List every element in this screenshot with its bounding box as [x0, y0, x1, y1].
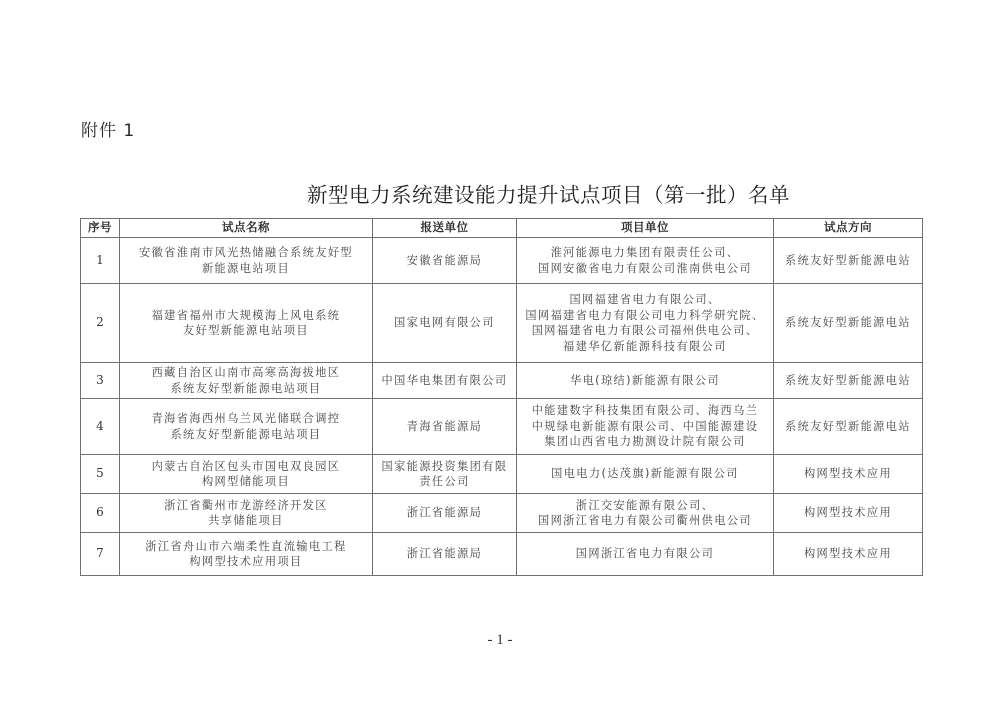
text-line: 淮河能源电力集团有限责任公司、 [519, 245, 771, 261]
cell-seq: 5 [81, 455, 120, 494]
table-row: 2 福建省福州市大规模海上风电系统 友好型新能源电站项目 国家电网有限公司 国网… [81, 284, 923, 363]
cell-seq: 7 [81, 533, 120, 576]
cell-direction: 构网型技术应用 [774, 533, 923, 576]
cell-pilot-name: 安徽省淮南市风光热储融合系统友好型 新能源电站项目 [120, 238, 373, 284]
text-line: 安徽省能源局 [375, 253, 514, 269]
cell-project-unit: 国网浙江省电力有限公司 [517, 533, 774, 576]
text-line: 浙江省能源局 [375, 546, 514, 562]
cell-project-unit: 国网福建省电力有限公司、 国网福建省电力有限公司电力科学研究院、 国网福建省电力… [517, 284, 774, 363]
text-line: 中国华电集团有限公司 [375, 373, 514, 389]
text-line: 系统友好型新能源电站项目 [122, 381, 370, 397]
cell-project-unit: 国电电力(达茂旗)新能源有限公司 [517, 455, 774, 494]
header-direction: 试点方向 [774, 219, 923, 238]
cell-seq: 1 [81, 238, 120, 284]
text-line: 浙江省衢州市龙游经济开发区 [122, 498, 370, 514]
text-line: 国家电网有限公司 [375, 315, 514, 331]
cell-direction: 系统友好型新能源电站 [774, 363, 923, 399]
text-line: 国网安徽省电力有限公司淮南供电公司 [519, 261, 771, 277]
cell-direction: 系统友好型新能源电站 [774, 399, 923, 455]
cell-pilot-name: 福建省福州市大规模海上风电系统 友好型新能源电站项目 [120, 284, 373, 363]
page-number: - 1 - [0, 632, 1000, 649]
text-line: 青海省能源局 [375, 419, 514, 435]
text-line: 系统友好型新能源电站项目 [122, 427, 370, 443]
text-line: 青海省海西州乌兰风光储联合调控 [122, 411, 370, 427]
text-line: 构网型储能项目 [122, 474, 370, 490]
text-line: 构网型技术应用项目 [122, 554, 370, 570]
text-line: 友好型新能源电站项目 [122, 323, 370, 339]
cell-pilot-name: 内蒙古自治区包头市国电双良园区 构网型储能项目 [120, 455, 373, 494]
pilot-project-table: 序号 试点名称 报送单位 项目单位 试点方向 1 安徽省淮南市风光热储融合系统友… [80, 218, 923, 576]
text-line: 安徽省淮南市风光热储融合系统友好型 [122, 245, 370, 261]
cell-project-unit: 中能建数字科技集团有限公司、海西乌兰 中规绿电新能源有限公司、中国能源建设 集团… [517, 399, 774, 455]
text-line: 责任公司 [375, 474, 514, 490]
cell-project-unit: 淮河能源电力集团有限责任公司、 国网安徽省电力有限公司淮南供电公司 [517, 238, 774, 284]
text-line: 国网福建省电力有限公司电力科学研究院、 [519, 308, 771, 324]
text-line: 国网浙江省电力有限公司 [519, 546, 771, 562]
text-line: 浙江交安能源有限公司、 [519, 498, 771, 514]
cell-submitter: 安徽省能源局 [373, 238, 517, 284]
cell-direction: 系统友好型新能源电站 [774, 284, 923, 363]
text-line: 浙江省能源局 [375, 505, 514, 521]
text-line: 福建省福州市大规模海上风电系统 [122, 308, 370, 324]
text-line: 新能源电站项目 [122, 261, 370, 277]
cell-pilot-name: 西藏自治区山南市高寒高海拔地区 系统友好型新能源电站项目 [120, 363, 373, 399]
header-seq: 序号 [81, 219, 120, 238]
text-line: 中规绿电新能源有限公司、中国能源建设 [519, 419, 771, 435]
document-title: 新型电力系统建设能力提升试点项目（第一批）名单 [80, 178, 922, 208]
text-line: 国家能源投资集团有限 [375, 459, 514, 475]
text-line: 内蒙古自治区包头市国电双良园区 [122, 459, 370, 475]
cell-seq: 6 [81, 494, 120, 533]
text-line: 国电电力(达茂旗)新能源有限公司 [519, 466, 771, 482]
cell-pilot-name: 青海省海西州乌兰风光储联合调控 系统友好型新能源电站项目 [120, 399, 373, 455]
header-submitter: 报送单位 [373, 219, 517, 238]
text-line: 国网浙江省电力有限公司衢州供电公司 [519, 513, 771, 529]
text-line: 共享储能项目 [122, 513, 370, 529]
cell-direction: 构网型技术应用 [774, 494, 923, 533]
cell-pilot-name: 浙江省舟山市六端柔性直流输电工程 构网型技术应用项目 [120, 533, 373, 576]
cell-submitter: 国家电网有限公司 [373, 284, 517, 363]
table-row: 1 安徽省淮南市风光热储融合系统友好型 新能源电站项目 安徽省能源局 淮河能源电… [81, 238, 923, 284]
cell-pilot-name: 浙江省衢州市龙游经济开发区 共享储能项目 [120, 494, 373, 533]
table-header-row: 序号 试点名称 报送单位 项目单位 试点方向 [81, 219, 923, 238]
cell-seq: 3 [81, 363, 120, 399]
text-line: 国网福建省电力有限公司、 [519, 292, 771, 308]
attachment-label: 附件 1 [81, 116, 135, 141]
cell-submitter: 国家能源投资集团有限 责任公司 [373, 455, 517, 494]
cell-submitter: 青海省能源局 [373, 399, 517, 455]
cell-submitter: 中国华电集团有限公司 [373, 363, 517, 399]
table-row: 7 浙江省舟山市六端柔性直流输电工程 构网型技术应用项目 浙江省能源局 国网浙江… [81, 533, 923, 576]
cell-project-unit: 华电(琼结)新能源有限公司 [517, 363, 774, 399]
cell-submitter: 浙江省能源局 [373, 494, 517, 533]
cell-seq: 4 [81, 399, 120, 455]
text-line: 集团山西省电力勘测设计院有限公司 [519, 434, 771, 450]
table-row: 3 西藏自治区山南市高寒高海拔地区 系统友好型新能源电站项目 中国华电集团有限公… [81, 363, 923, 399]
text-line: 浙江省舟山市六端柔性直流输电工程 [122, 539, 370, 555]
text-line: 福建华亿新能源科技有限公司 [519, 339, 771, 355]
table-row: 4 青海省海西州乌兰风光储联合调控 系统友好型新能源电站项目 青海省能源局 中能… [81, 399, 923, 455]
text-line: 中能建数字科技集团有限公司、海西乌兰 [519, 403, 771, 419]
cell-direction: 系统友好型新能源电站 [774, 238, 923, 284]
text-line: 华电(琼结)新能源有限公司 [519, 373, 771, 389]
header-project-unit: 项目单位 [517, 219, 774, 238]
cell-project-unit: 浙江交安能源有限公司、 国网浙江省电力有限公司衢州供电公司 [517, 494, 774, 533]
cell-seq: 2 [81, 284, 120, 363]
table-row: 6 浙江省衢州市龙游经济开发区 共享储能项目 浙江省能源局 浙江交安能源有限公司… [81, 494, 923, 533]
text-line: 西藏自治区山南市高寒高海拔地区 [122, 365, 370, 381]
cell-submitter: 浙江省能源局 [373, 533, 517, 576]
table-row: 5 内蒙古自治区包头市国电双良园区 构网型储能项目 国家能源投资集团有限 责任公… [81, 455, 923, 494]
header-pilot-name: 试点名称 [120, 219, 373, 238]
cell-direction: 构网型技术应用 [774, 455, 923, 494]
text-line: 国网福建省电力有限公司福州供电公司、 [519, 323, 771, 339]
